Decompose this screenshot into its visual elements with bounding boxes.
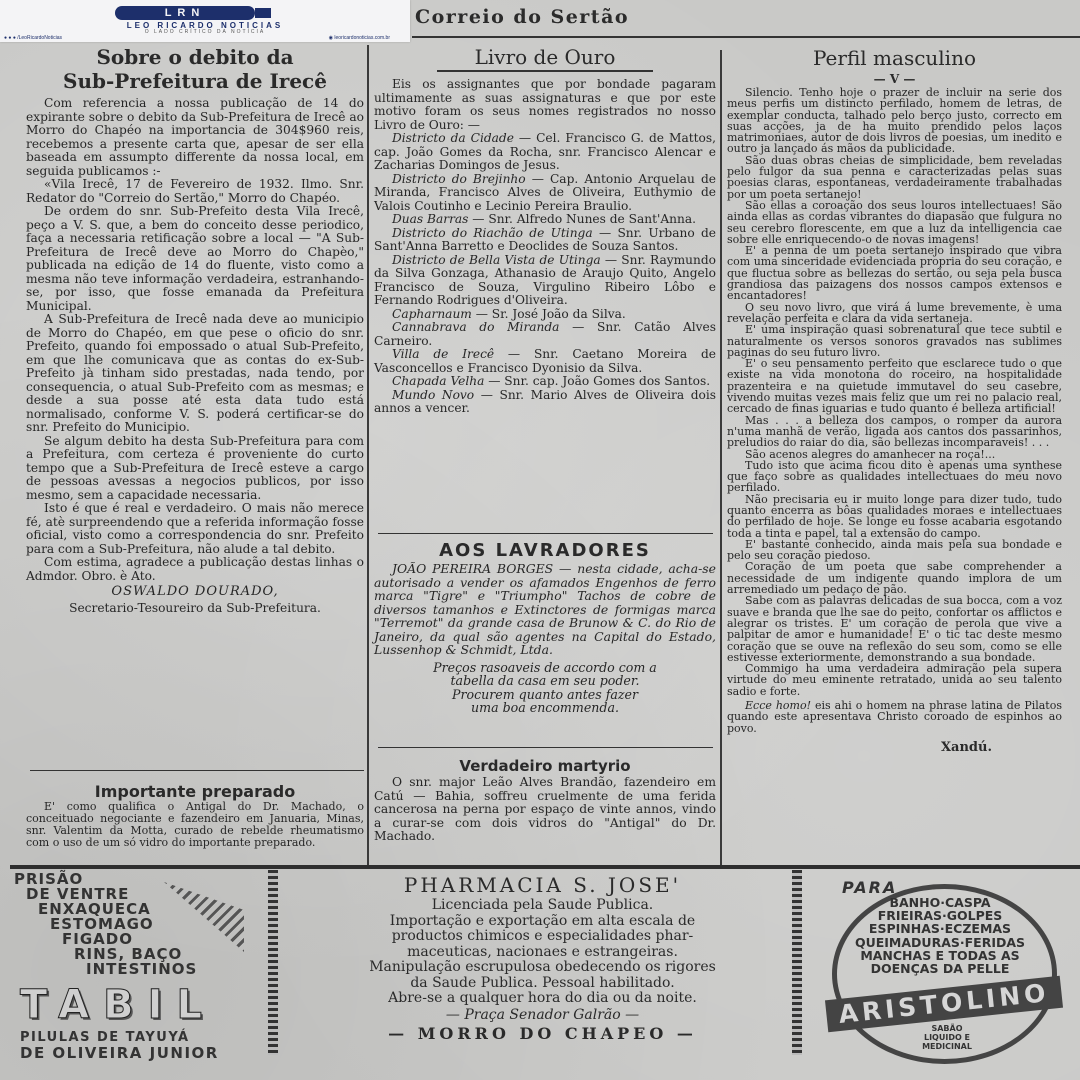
paragraph: E' a penna de um poeta sertanejo inspira… (727, 245, 1062, 301)
pharmacia-line: da Saude Publica. Pessoal habilitado. (285, 976, 800, 992)
pharmacia-city: — MORRO DO CHAPEO — (285, 1024, 800, 1044)
livro-entry: Districto do Brejinho — Cap. Antonio Arq… (374, 173, 716, 214)
masthead-title: Correio do Sertão (415, 6, 629, 28)
masthead-rule (412, 36, 1080, 38)
closing-line: Preços rasoaveis de accordo com a (374, 661, 716, 675)
livro-entry: Villa de Irecê — Snr. Caetano Moreira de… (374, 348, 716, 375)
livro-entry: Cannabrava do Miranda — Snr. Catão Alves… (374, 321, 716, 348)
entry-place: Districto do Brejinho (392, 172, 526, 186)
entry-place: Capharnaum (392, 307, 472, 321)
martyrio-body: O snr. major Leão Alves Brandão, fazende… (374, 776, 716, 844)
paragraph: Commigo ha uma verdadeira admiração pela… (727, 663, 1062, 697)
perfil-subtitle: — V — (727, 71, 1062, 87)
aristolino-line: DOENÇAS DA PELLE (830, 962, 1050, 975)
livro-title: Livro de Ouro (374, 44, 716, 70)
lavradores-title: AOS LAVRADORES (374, 540, 716, 562)
debito-title-line1: Sobre o debito da (26, 45, 364, 69)
perfil-ecce: Ecce homo! eis ahi o homem na phrase lat… (727, 700, 1062, 734)
ad-pharmacia: PHARMACIA S. JOSE' Licenciada pela Saude… (285, 872, 800, 1044)
debito-body: Com referencia a nossa publicação de 14 … (26, 97, 364, 583)
paragraph: Se algum debito ha desta Sub-Prefeitura … (26, 435, 364, 503)
section-rule (378, 533, 713, 534)
livro-title-underline (437, 70, 653, 72)
entry-place: Villa de Irecê (392, 347, 494, 361)
tabil-product: PILULAS DE TAYUYÁ (20, 1030, 190, 1045)
paragraph: De ordem do snr. Sub-Prefeito desta Vila… (26, 205, 364, 313)
entry-names: — Snr. cap. João Gomes dos Santos. (484, 374, 710, 388)
closing-line: tabella da casa em seu poder. (374, 674, 716, 688)
article-livro: Livro de Ouro Eis os assignantes que por… (374, 44, 716, 416)
martyrio-title: Verdadeiro martyrio (374, 757, 716, 776)
ad-tabil: PRISÃODE VENTREENXAQUECAESTOMAGOFIGADORI… (14, 872, 264, 1062)
lrn-logo-mark: LRN (115, 6, 255, 20)
website: ◉ leoricardonoticias.com.br (329, 35, 390, 41)
paragraph: Sabe com as palavras delicadas de sua bo… (727, 595, 1062, 663)
aristolino-line: ESPINHAS·ECZEMAS (830, 922, 1050, 935)
pharmacia-title: PHARMACIA S. JOSE' (285, 872, 800, 898)
article-perfil: Perfil masculino — V — Silencio. Tenho h… (727, 45, 1062, 755)
perfil-signature: Xandú. (727, 740, 1062, 755)
livro-entry: Mundo Novo — Snr. Mario Alves de Oliveir… (374, 389, 716, 416)
aristolino-line: QUEIMADURAS·FERIDAS (830, 936, 1050, 949)
pharmacia-line: Importação e exportação em alta escala d… (285, 914, 800, 930)
tabil-line: INTESTINOS (14, 962, 264, 977)
entry-place: Chapada Velha (392, 374, 484, 388)
importante-body: E' como qualifica o Antigal do Dr. Macha… (26, 801, 364, 849)
pharmacia-line: Abre-se a qualquer hora do dia ou da noi… (285, 991, 800, 1007)
livro-entry: Duas Barras — Snr. Alfredo Nunes de Sant… (374, 213, 716, 227)
paragraph: Tudo isto que acima ficou dito è apenas … (727, 460, 1062, 494)
closing-line: uma boa encommenda. (374, 701, 716, 715)
paragraph: São ellas a coroação dos seus louros int… (727, 200, 1062, 245)
ads-top-rule (10, 865, 1080, 869)
pharmacia-line: maceuticas, nacionaes e estrangeiras. (285, 945, 800, 961)
pharmacia-address: — Praça Senador Galrão — (285, 1007, 800, 1024)
perfil-body: Silencio. Tenho hoje o prazer de incluir… (727, 87, 1062, 697)
debito-title-line2: Sub-Prefeitura de Irecê (26, 69, 364, 93)
column-divider-2 (720, 50, 722, 865)
paragraph: E' bastante conhecido, ainda mais pela s… (727, 539, 1062, 562)
aristolino-conditions: BANHO·CASPAFRIEIRAS·GOLPESESPINHAS·ECZEM… (830, 896, 1050, 975)
signature-role: Secretario-Tesoureiro da Sub-Prefeitura. (26, 602, 364, 616)
article-debito: Sobre o debito da Sub-Prefeitura de Irec… (26, 45, 364, 615)
tabil-brand: TABIL (20, 982, 216, 1028)
importante-title: Importante preparado (26, 782, 364, 801)
signature-name: OSWALDO DOURADO, (26, 585, 364, 599)
paragraph: Coração de um poeta que sabe comprehende… (727, 561, 1062, 595)
paragraph: A Sub-Prefeitura de Irecê nada deve ao m… (26, 313, 364, 435)
logo-tail-decoration (255, 8, 271, 18)
ad-border-left (268, 870, 278, 1055)
paragraph: São duas obras cheias de simplicidade, b… (727, 155, 1062, 200)
paragraph: E' uma inspiração quasi sobrenatural que… (727, 324, 1062, 358)
watermark-logo: LRN LEO RICARDO NOTICIAS O LADO CRÍTICO … (0, 0, 410, 42)
entry-names: — Sr. José João da Silva. (472, 307, 626, 321)
livro-body: Eis os assignantes que por bondade pagar… (374, 78, 716, 416)
ad-border-right (792, 870, 802, 1055)
pharmacia-lines: Licenciada pela Saude Publica.Importação… (285, 898, 800, 1007)
aristolino-sub-line: LIQUIDO E (907, 1033, 987, 1042)
paragraph: E' o seu pensamento perfeito que esclare… (727, 358, 1062, 414)
column-divider-1 (367, 45, 369, 865)
livro-entry: Chapada Velha — Snr. cap. João Gomes dos… (374, 375, 716, 389)
aristolino-sub-line: MEDICINAL (907, 1042, 987, 1051)
paragraph: Com estima, agradece a publicação destas… (26, 556, 364, 583)
closing-line: Procurem quanto antes fazer (374, 688, 716, 702)
entry-place: Districto de Bella Vista de Utinga (392, 253, 601, 267)
article-importante: Importante preparado E' como qualifica o… (26, 782, 364, 849)
article-martyrio: Verdadeiro martyrio O snr. major Leão Al… (374, 757, 716, 844)
pharmacia-line: productos chimicos e especialidades phar… (285, 929, 800, 945)
livro-entry: Districto de Bella Vista de Utinga — Snr… (374, 254, 716, 308)
lavradores-closing: Preços rasoaveis de accordo com atabella… (374, 661, 716, 715)
lavradores-body: JOÃO PEREIRA BORGES — nesta cidade, acha… (374, 562, 716, 657)
entry-names: — Snr. Alfredo Nunes de Sant'Anna. (468, 212, 696, 226)
paragraph: Não precisaria eu ir muito longe para di… (727, 494, 1062, 539)
livro-entry: Districto do Riachão de Utinga — Snr. Ur… (374, 227, 716, 254)
pharmacia-line: Manipulação escrupulosa obedecendo os ri… (285, 960, 800, 976)
section-rule (30, 770, 364, 771)
livro-entries: Districto da Cidade — Cel. Francisco G. … (374, 132, 716, 416)
livro-entry: Capharnaum — Sr. José João da Silva. (374, 308, 716, 322)
paragraph: O seu novo livro, que virá á lume brevem… (727, 302, 1062, 325)
paragraph: Silencio. Tenho hoje o prazer de incluir… (727, 87, 1062, 155)
livro-entry: Districto da Cidade — Cel. Francisco G. … (374, 132, 716, 173)
section-rule (378, 747, 713, 748)
article-lavradores: AOS LAVRADORES JOÃO PEREIRA BORGES — nes… (374, 540, 716, 715)
social-icons: ● ● ● (4, 35, 17, 41)
paragraph: Com referencia a nossa publicação de 14 … (26, 97, 364, 178)
tabil-maker: DE OLIVEIRA JUNIOR (20, 1044, 219, 1062)
paragraph: Mas . . . a belleza dos campos, o romper… (727, 415, 1062, 449)
aristolino-sub: SABÃOLIQUIDO EMEDICINAL (907, 1024, 987, 1051)
paragraph: «Vila Irecê, 17 de Fevereiro de 1932. Il… (26, 178, 364, 205)
pharmacia-line: Licenciada pela Saude Publica. (285, 898, 800, 914)
perfil-title: Perfil masculino (727, 45, 1062, 71)
social-handle: ● ● ● /LeoRicardoNoticias (4, 35, 62, 41)
entry-place: Districto do Riachão de Utinga (392, 226, 593, 240)
entry-place: Districto da Cidade (392, 131, 514, 145)
entry-place: Mundo Novo (392, 388, 474, 402)
ad-aristolino: PARA BANHO·CASPAFRIEIRAS·GOLPESESPINHAS·… (812, 872, 1074, 1072)
aristolino-sub-line: SABÃO (907, 1024, 987, 1033)
entry-place: Duas Barras (392, 212, 468, 226)
paragraph: Isto é que é real e verdadeiro. O mais n… (26, 502, 364, 556)
entry-place: Cannabrava do Miranda (392, 320, 559, 334)
